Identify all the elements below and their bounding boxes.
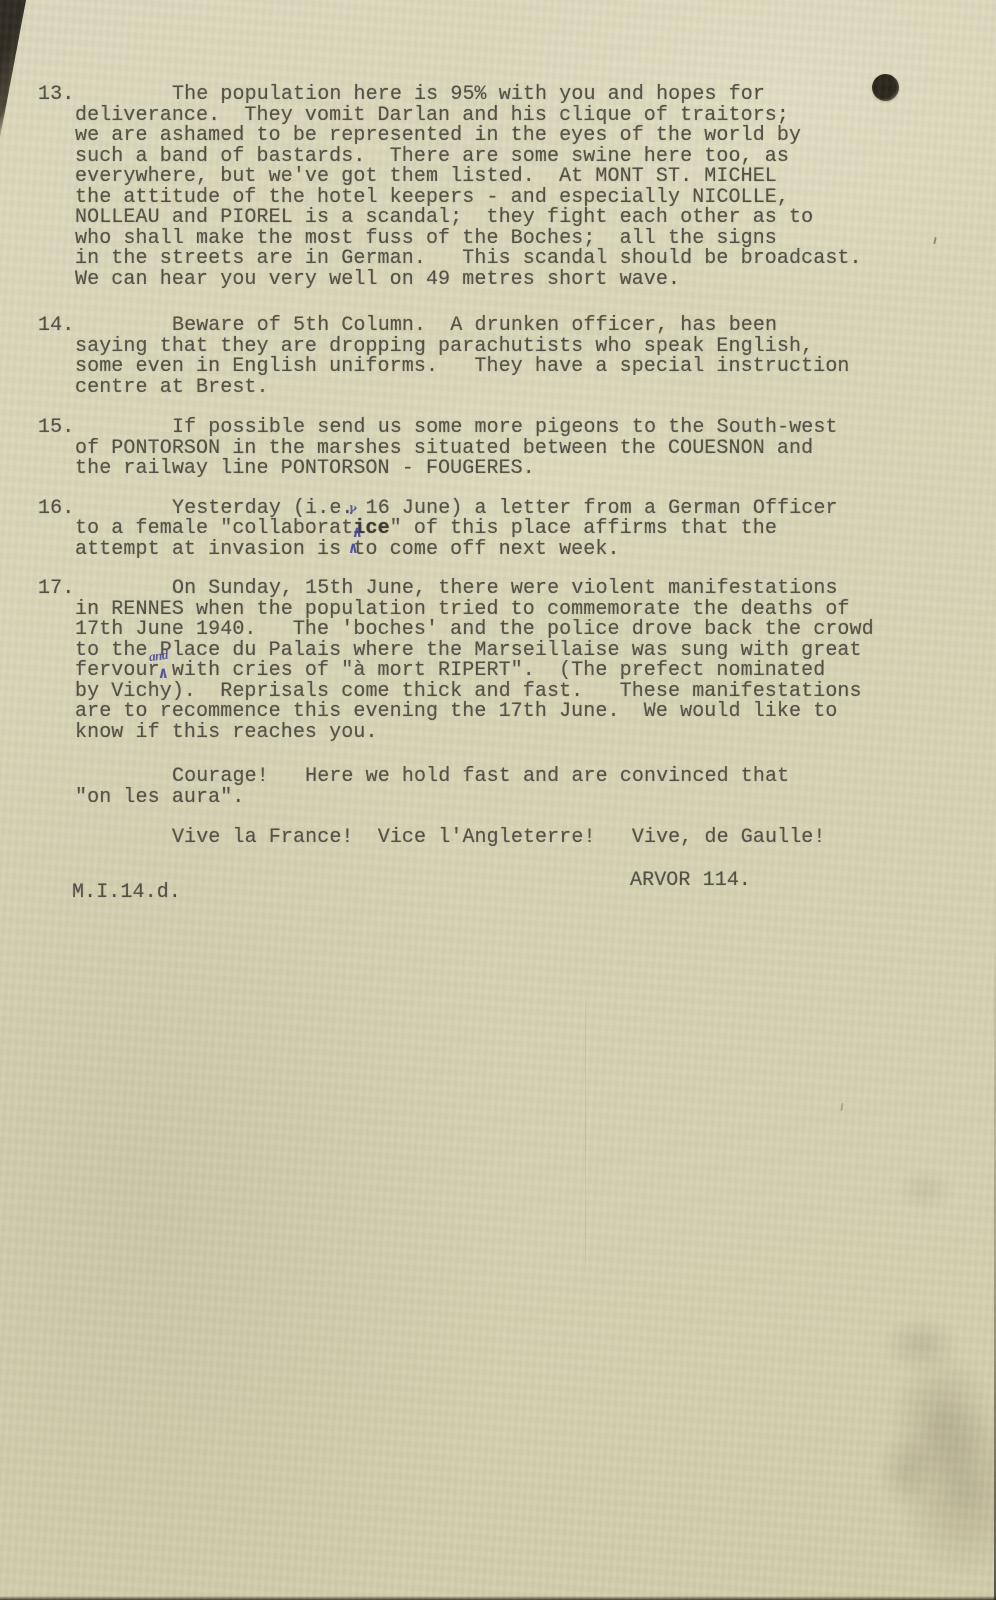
ink-speck: [840, 1103, 843, 1111]
typed-line: by Vichy). Reprisals come thick and fast…: [75, 682, 955, 703]
typed-line: the attitude of the hotel keepers - and …: [75, 188, 955, 209]
typed-line: everywhere, but we've got them listed. A…: [75, 167, 955, 188]
numbered-paragraph: 17.On Sunday, 15th June, there were viol…: [75, 579, 955, 743]
paragraph-number: 16.: [38, 499, 74, 520]
typed-text: " of this place affirms that the: [390, 517, 777, 540]
typed-line: in RENNES when the population tried to c…: [75, 600, 955, 621]
typed-line: 17th June 1940. The 'boches' and the pol…: [75, 620, 955, 641]
typed-line: fervour with cries of "à mort RIPERT". (…: [75, 661, 955, 682]
typed-line: deliverance. They vomit Darlan and his c…: [75, 106, 955, 127]
paper-stain-faint: [880, 1150, 970, 1230]
typed-line: If possible send us some more pigeons to…: [75, 418, 955, 439]
typed-line: we are ashamed to be represented in the …: [75, 126, 955, 147]
closing-paragraph: Courage! Here we hold fast and are convi…: [75, 767, 955, 808]
typed-line: attempt at invasion is to come off next …: [75, 540, 955, 561]
paragraph-number: 15.: [38, 418, 74, 439]
typed-text: to a female "collaborat: [75, 517, 353, 540]
footer-reference-right: ARVOR 114.: [630, 871, 751, 892]
scan-corner-shadow: [0, 0, 26, 138]
paragraph-number: 13.: [38, 85, 74, 106]
numbered-paragraph: 16.Yesterday (i.e. 16 June) a letter fro…: [75, 499, 955, 561]
typed-line: Yesterday (i.e. 16 June) a letter from a…: [75, 499, 955, 520]
footer-reference-left: M.I.14.d.: [72, 883, 181, 904]
typed-line: The population here is 95% with you and …: [75, 85, 955, 106]
typed-line: saying that they are dropping parachutis…: [75, 337, 955, 358]
typed-line: the railway line PONTORSON - FOUGERES.: [75, 459, 955, 480]
numbered-paragraph: 14.Beware of 5th Column. A drunken offic…: [75, 316, 955, 398]
typed-line: On Sunday, 15th June, there were violent…: [75, 579, 955, 600]
typed-line: Courage! Here we hold fast and are convi…: [75, 767, 955, 788]
typed-line: are to recommence this evening the 17th …: [75, 702, 955, 723]
typed-line: some even in English uniforms. They have…: [75, 357, 955, 378]
overtyped-text: ice: [353, 517, 389, 540]
paragraph-number: 17.: [38, 579, 74, 600]
typed-line: know if this reaches you.: [75, 723, 955, 744]
closing-paragraph: Vive la France! Vice l'Angleterre! Vive,…: [75, 828, 955, 849]
typed-line: Vive la France! Vice l'Angleterre! Vive,…: [75, 828, 955, 849]
paper-stain: [800, 1310, 996, 1600]
typed-line: Beware of 5th Column. A drunken officer,…: [75, 316, 955, 337]
numbered-paragraph: 13.The population here is 95% with you a…: [75, 85, 955, 290]
typed-line: "on les aura".: [75, 788, 955, 809]
typed-line: to a female "collaboratice" of this plac…: [75, 519, 955, 540]
paragraph-number: 14.: [38, 316, 74, 337]
typed-line: of PONTORSON in the marshes situated bet…: [75, 439, 955, 460]
hole-punch: [872, 74, 899, 101]
typed-line: NOLLEAU and PIOREL is a scandal; they fi…: [75, 208, 955, 229]
paper-crease: [585, 950, 586, 1340]
typed-line: who shall make the most fuss of the Boch…: [75, 229, 955, 250]
typed-line: We can hear you very well on 49 metres s…: [75, 270, 955, 291]
typed-line: in the streets are in German. This scand…: [75, 249, 955, 270]
typed-line: centre at Brest.: [75, 378, 955, 399]
typed-line: to the Place du Palais where the Marseil…: [75, 641, 955, 662]
typed-line: such a band of bastards. There are some …: [75, 147, 955, 168]
typed-text-body: 13.The population here is 95% with you a…: [75, 85, 955, 849]
numbered-paragraph: 15.If possible send us some more pigeons…: [75, 418, 955, 480]
scanned-document-page: 13.The population here is 95% with you a…: [0, 0, 996, 1600]
